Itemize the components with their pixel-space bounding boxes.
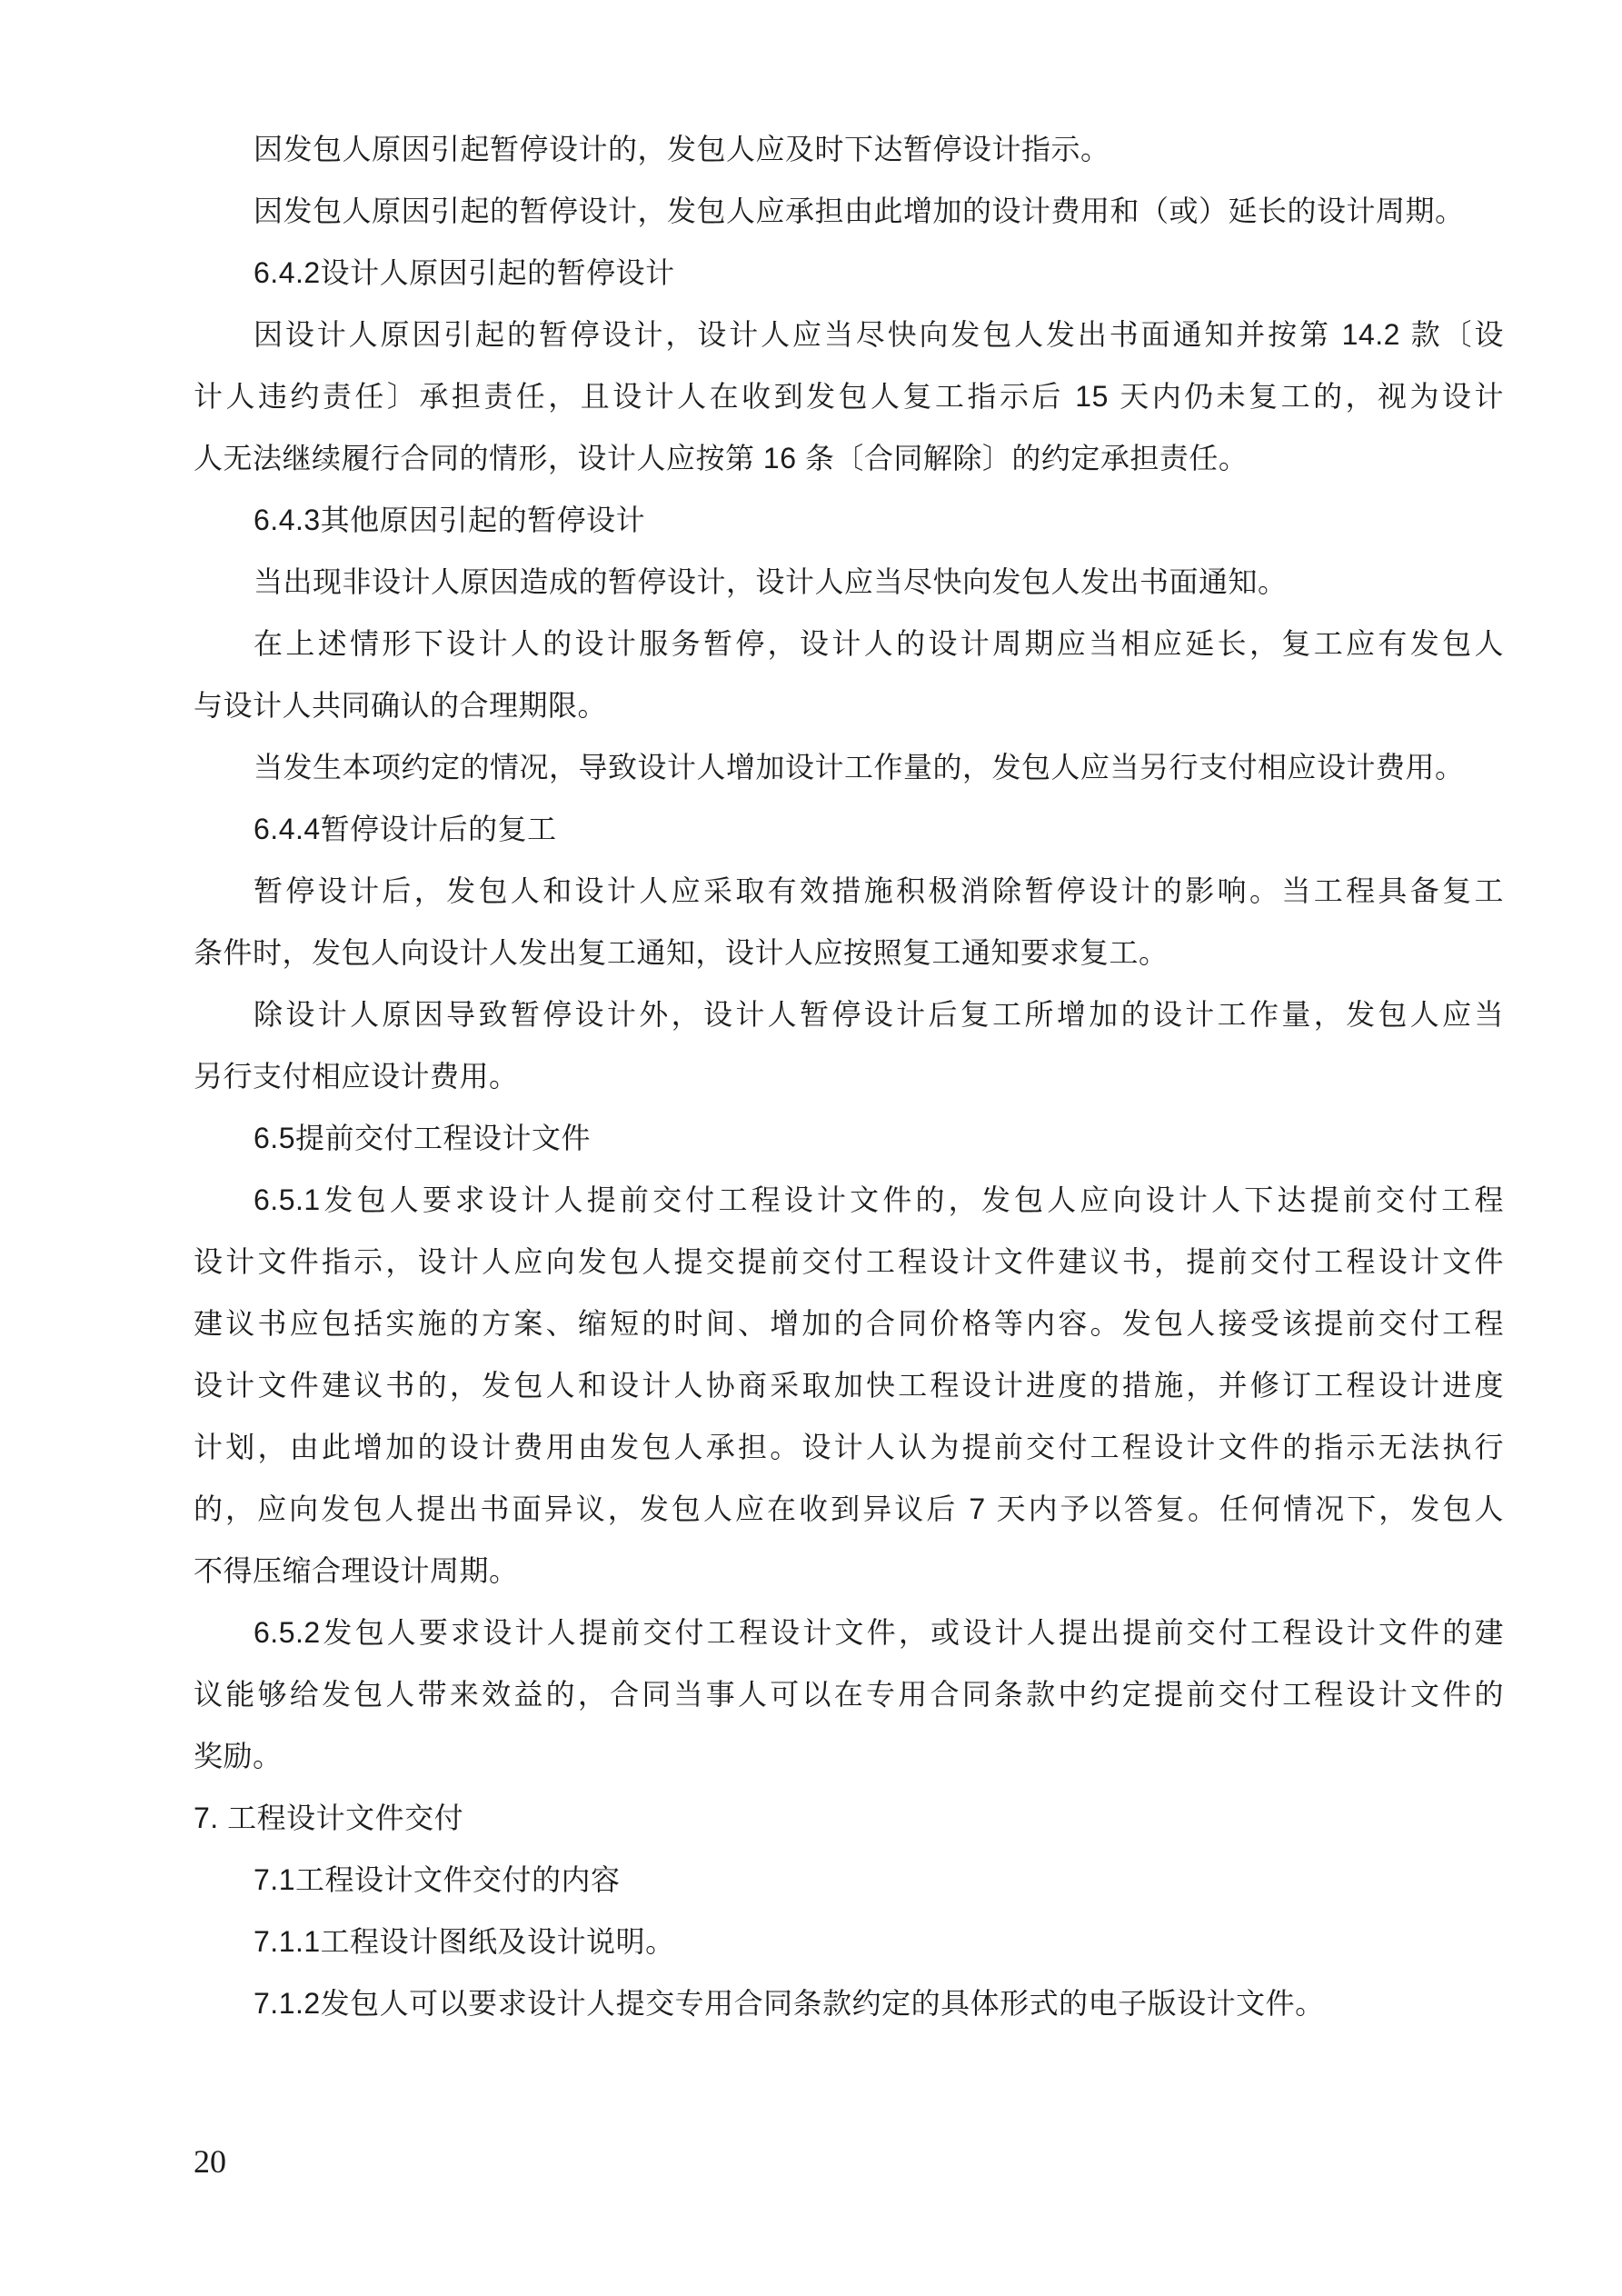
text-line: 6.5.2发包人要求设计人提前交付工程设计文件，或设计人提出提前交付工程设计文件… <box>194 1602 1504 1663</box>
text-line: 当出现非设计人原因造成的暂停设计，设计人应当尽快向发包人发出书面通知。 <box>194 551 1504 613</box>
text-line: 6.5提前交付工程设计文件 <box>194 1107 1504 1169</box>
text-line: 建议书应包括实施的方案、缩短的时间、增加的合同价格等内容。发包人接受该提前交付工… <box>194 1293 1504 1354</box>
text-line: 不得压缩合理设计周期。 <box>194 1540 1504 1602</box>
text-line: 条件时，发包人向设计人发出复工通知，设计人应按照复工通知要求复工。 <box>194 922 1504 983</box>
text-line: 奖励。 <box>194 1725 1504 1787</box>
page-number: 20 <box>194 2141 226 2181</box>
text-line: 除设计人原因导致暂停设计外，设计人暂停设计后复工所增加的设计工作量，发包人应当 <box>194 983 1504 1045</box>
text-line: 计划，由此增加的设计费用由发包人承担。设计人认为提前交付工程设计文件的指示无法执… <box>194 1416 1504 1478</box>
document-body: 因发包人原因引起暂停设计的，发包人应及时下达暂停设计指示。因发包人原因引起的暂停… <box>194 118 1504 2034</box>
text-line: 因发包人原因引起暂停设计的，发包人应及时下达暂停设计指示。 <box>194 118 1504 180</box>
text-line: 6.4.3其他原因引起的暂停设计 <box>194 489 1504 551</box>
text-line: 6.4.4暂停设计后的复工 <box>194 798 1504 860</box>
text-line: 另行支付相应设计费用。 <box>194 1045 1504 1107</box>
text-line: 人无法继续履行合同的情形，设计人应按第 16 条〔合同解除〕的约定承担责任。 <box>194 427 1504 489</box>
text-line: 议能够给发包人带来效益的，合同当事人可以在专用合同条款中约定提前交付工程设计文件… <box>194 1663 1504 1725</box>
text-line: 计人违约责任〕承担责任，且设计人在收到发包人复工指示后 15 天内仍未复工的，视… <box>194 365 1504 427</box>
text-line: 因发包人原因引起的暂停设计，发包人应承担由此增加的设计费用和（或）延长的设计周期… <box>194 180 1504 242</box>
text-line: 暂停设计后，发包人和设计人应采取有效措施积极消除暂停设计的影响。当工程具备复工 <box>194 860 1504 922</box>
text-line: 设计文件建议书的，发包人和设计人协商采取加快工程设计进度的措施，并修订工程设计进… <box>194 1354 1504 1416</box>
text-line: 7.1.2发包人可以要求设计人提交专用合同条款约定的具体形式的电子版设计文件。 <box>194 1972 1504 2034</box>
text-line: 的，应向发包人提出书面异议，发包人应在收到异议后 7 天内予以答复。任何情况下，… <box>194 1478 1504 1540</box>
text-line: 7.1.1工程设计图纸及设计说明。 <box>194 1911 1504 1972</box>
text-line: 6.4.2设计人原因引起的暂停设计 <box>194 242 1504 304</box>
text-line: 当发生本项约定的情况，导致设计人增加设计工作量的，发包人应当另行支付相应设计费用… <box>194 736 1504 798</box>
text-line: 与设计人共同确认的合理期限。 <box>194 674 1504 736</box>
text-line: 6.5.1发包人要求设计人提前交付工程设计文件的，发包人应向设计人下达提前交付工… <box>194 1169 1504 1231</box>
text-line: 设计文件指示，设计人应向发包人提交提前交付工程设计文件建议书，提前交付工程设计文… <box>194 1231 1504 1293</box>
text-line: 7.1工程设计文件交付的内容 <box>194 1849 1504 1911</box>
document-page: 因发包人原因引起暂停设计的，发包人应及时下达暂停设计指示。因发包人原因引起的暂停… <box>0 0 1622 2296</box>
text-line: 因设计人原因引起的暂停设计，设计人应当尽快向发包人发出书面通知并按第 14.2 … <box>194 304 1504 365</box>
text-line: 在上述情形下设计人的设计服务暂停，设计人的设计周期应当相应延长，复工应有发包人 <box>194 613 1504 674</box>
text-line: 7. 工程设计文件交付 <box>194 1787 1504 1849</box>
